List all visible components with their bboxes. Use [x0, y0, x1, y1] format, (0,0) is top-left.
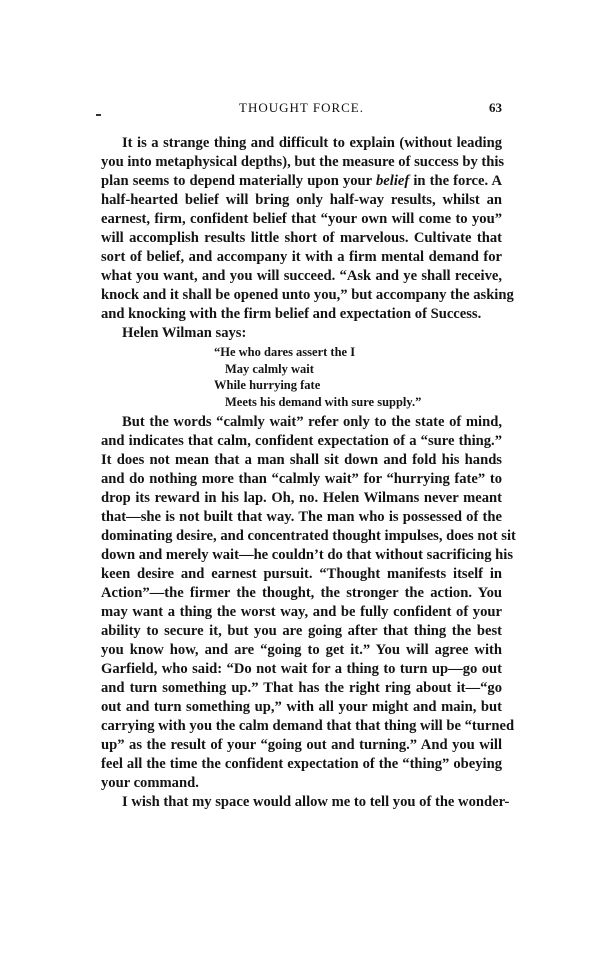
- text-line: sort of belief, and accompany it with a …: [101, 248, 502, 267]
- running-head: THOUGHT FORCE. 63: [101, 100, 502, 118]
- book-page: THOUGHT FORCE. 63 It is a strange thing …: [0, 0, 600, 978]
- text-line: ability to secure it, but you are going …: [101, 622, 502, 641]
- text-line: and turn something up.” That has the rig…: [101, 679, 502, 698]
- text-span: in the force. A: [409, 173, 502, 189]
- italic-word: belief: [376, 173, 409, 189]
- poem-line: Meets his demand with sure supply.”: [101, 394, 502, 411]
- paragraph-2: But the words “calmly wait” refer only t…: [101, 413, 502, 793]
- text-line: drop its reward in his lap. Oh, no. Hele…: [101, 489, 502, 508]
- text-line: and indicates that calm, confident expec…: [101, 432, 502, 451]
- text-line: out and turn something up,” with all you…: [101, 698, 502, 717]
- text-line: keen desire and earnest pursuit. “Though…: [101, 565, 502, 584]
- text-line: knock and it shall be opened unto you,” …: [101, 286, 502, 305]
- text-line: feel all the time the confident expectat…: [101, 755, 502, 774]
- text-line: dominating desire, and concentrated thou…: [101, 527, 502, 546]
- poem-line: May calmly wait: [101, 361, 502, 378]
- poem-quote: “He who dares assert the I May calmly wa…: [101, 344, 502, 410]
- paragraph-1: It is a strange thing and difficult to e…: [101, 134, 502, 324]
- page-number: 63: [489, 100, 502, 116]
- text-line: earnest, firm, confident belief that “yo…: [101, 210, 502, 229]
- text-line: your command.: [101, 774, 502, 793]
- text-line: may want a thing the worst way, and be f…: [101, 603, 502, 622]
- text-line: and knocking with the firm belief and ex…: [101, 305, 502, 324]
- text-line: half-hearted belief will bring only half…: [101, 191, 502, 210]
- text-line: Garfield, who said: “Do not wait for a t…: [101, 660, 502, 679]
- text-line: up” as the result of your “going out and…: [101, 736, 502, 755]
- paragraph-3: I wish that my space would allow me to t…: [101, 793, 502, 812]
- text-line: you into metaphysical depths), but the m…: [101, 153, 502, 172]
- text-line: and do nothing more than “calmly wait” f…: [101, 470, 502, 489]
- text-line: down and merely wait—he couldn’t do that…: [101, 546, 502, 565]
- text-line: It is a strange thing and difficult to e…: [101, 134, 502, 153]
- text-line: But the words “calmly wait” refer only t…: [101, 413, 502, 432]
- text-span: plan seems to depend materially upon you…: [101, 173, 376, 189]
- text-line: what you want, and you will succeed. “As…: [101, 267, 502, 286]
- running-title: THOUGHT FORCE.: [101, 100, 502, 116]
- body-text: It is a strange thing and difficult to e…: [101, 134, 502, 812]
- text-line: you know how, and are “going to get it.”…: [101, 641, 502, 660]
- attribution: Helen Wilman says:: [101, 324, 502, 343]
- text-line: carrying with you the calm demand that t…: [101, 717, 502, 736]
- text-line: I wish that my space would allow me to t…: [101, 793, 502, 812]
- text-line: will accomplish results little short of …: [101, 229, 502, 248]
- text-line: plan seems to depend materially upon you…: [101, 172, 502, 191]
- poem-line: “He who dares assert the I: [101, 344, 502, 361]
- text-line: It does not mean that a man shall sit do…: [101, 451, 502, 470]
- text-line: Action”—the firmer the thought, the stro…: [101, 584, 502, 603]
- text-line: that—she is not built that way. The man …: [101, 508, 502, 527]
- poem-line: While hurrying fate: [101, 377, 502, 394]
